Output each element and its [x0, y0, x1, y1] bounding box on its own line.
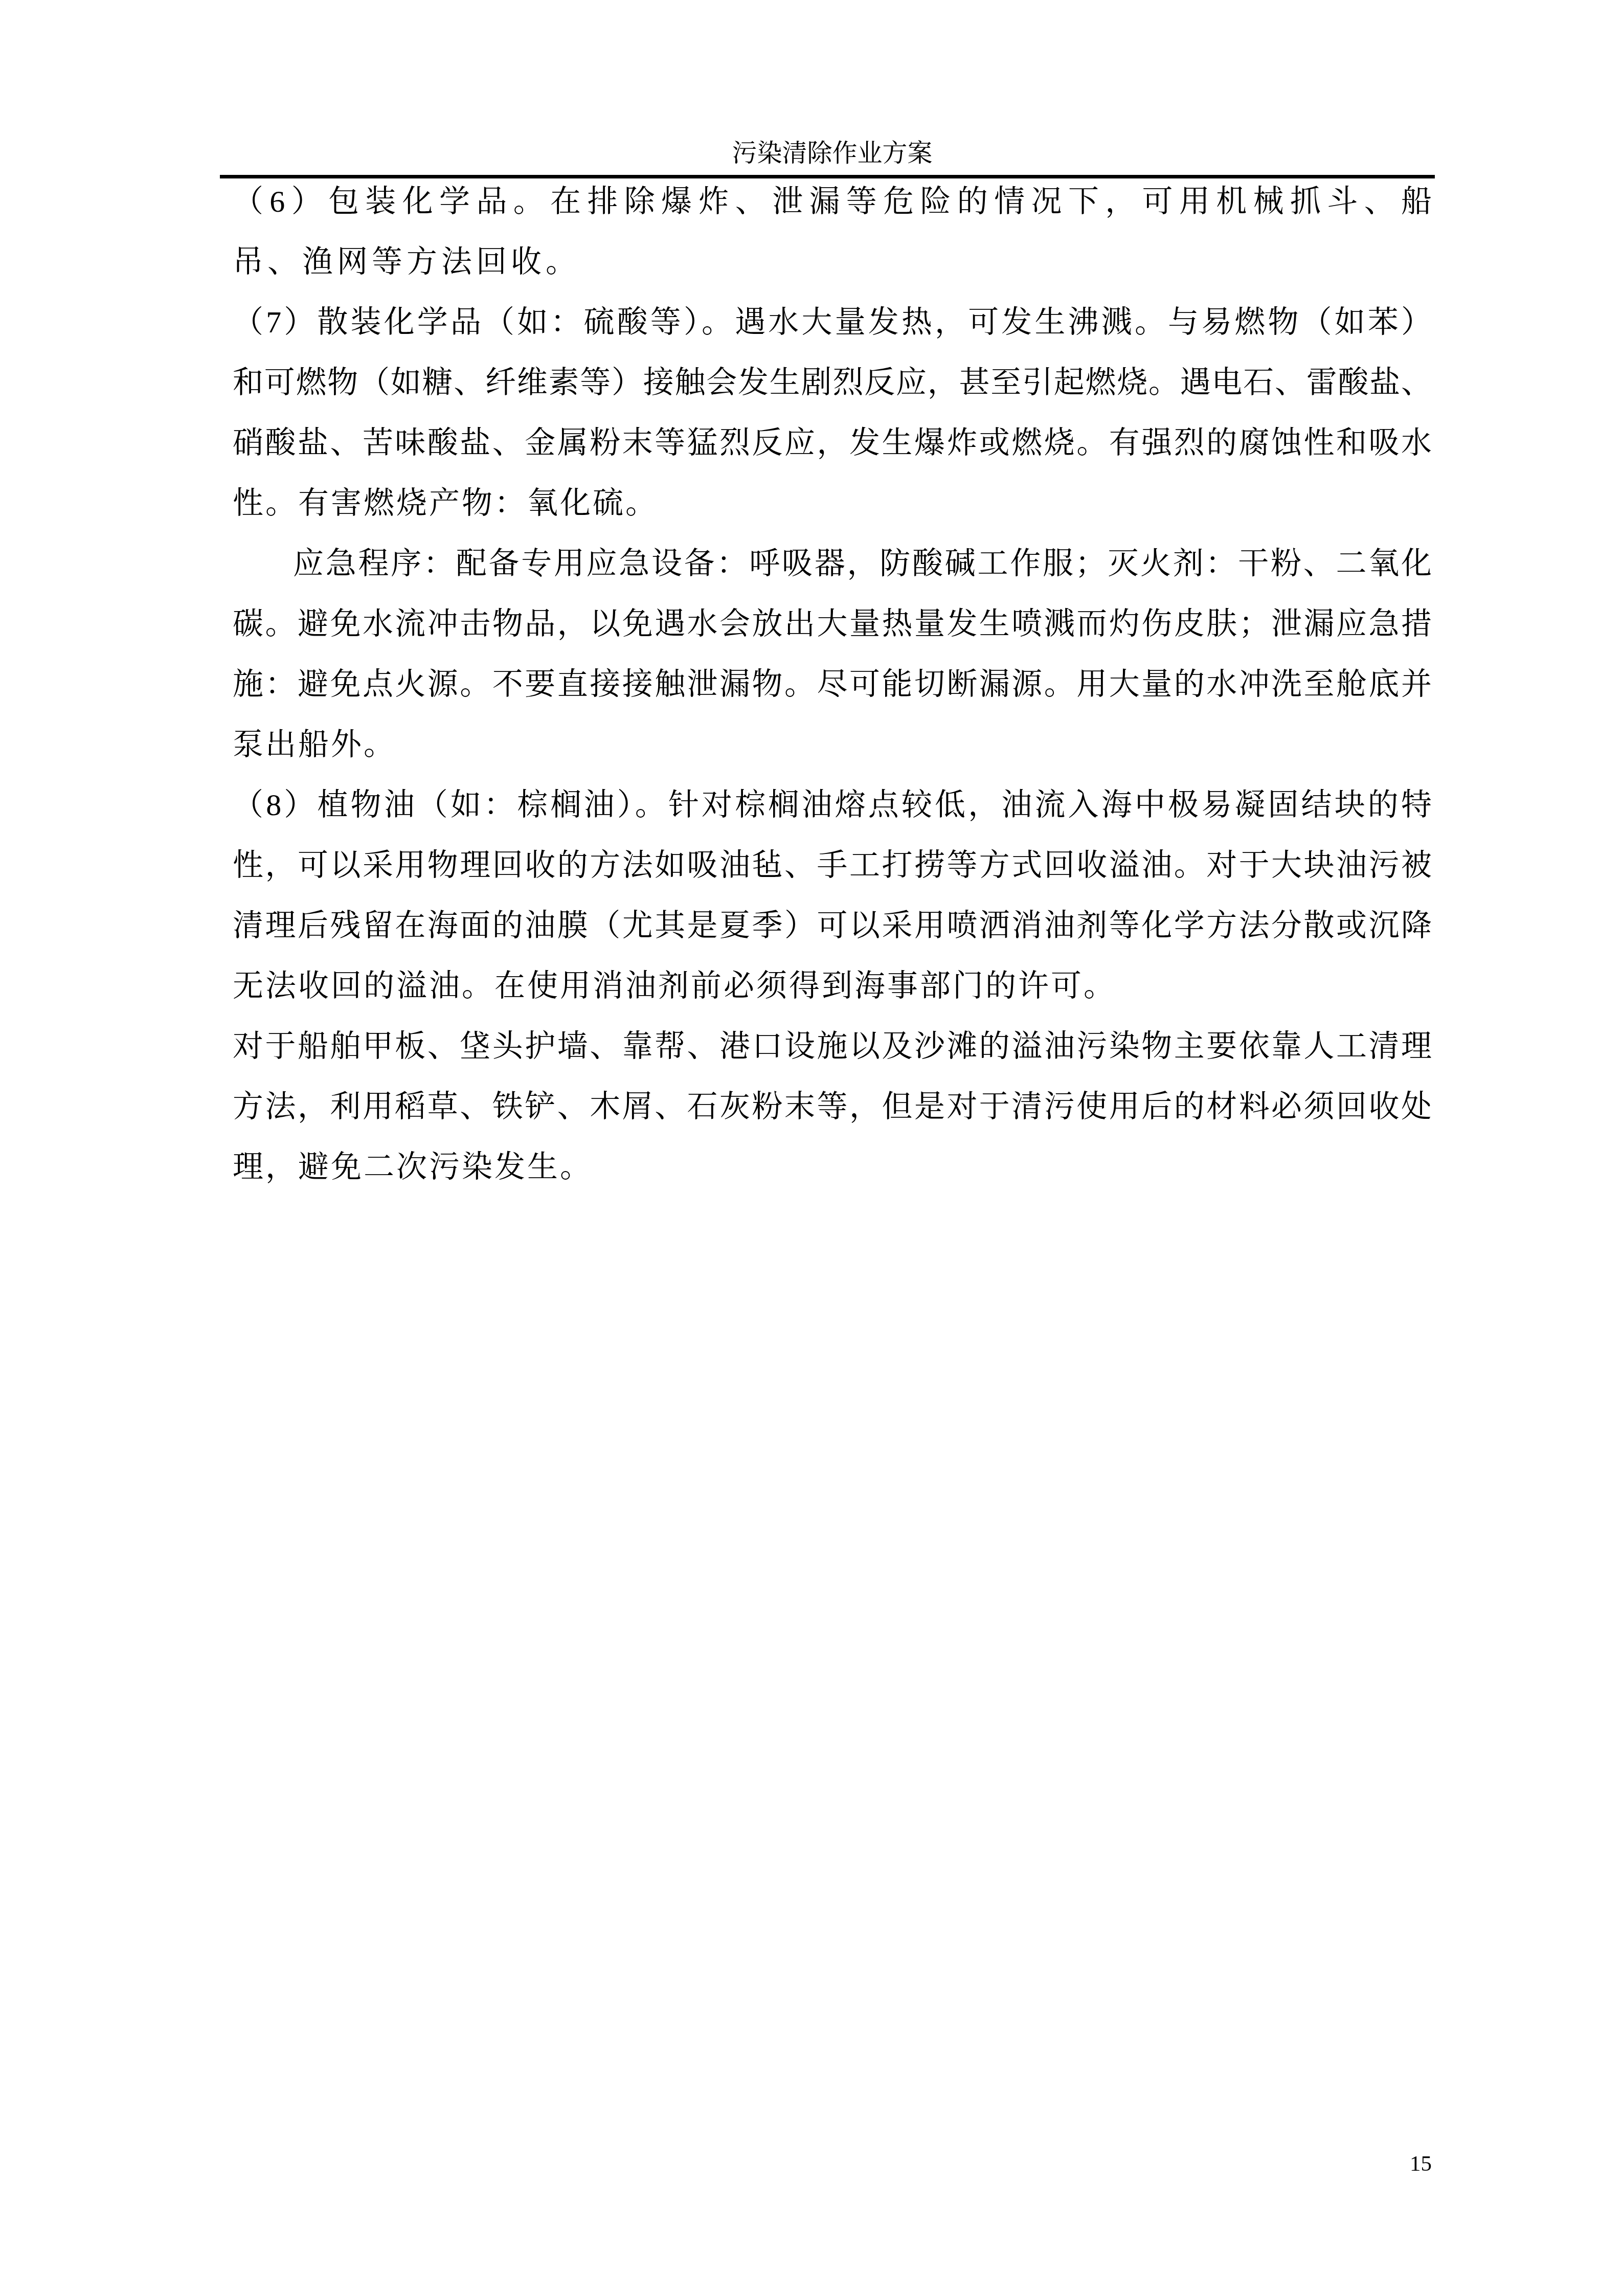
text-line: 对于船舶甲板、垡头护墙、靠帮、港口设施以及沙滩的溢油污染物主要依靠人工清理 — [233, 1016, 1432, 1076]
text-line: 方法，利用稻草、铁铲、木屑、石灰粉末等，但是对于清污使用后的材料必须回收处 — [233, 1076, 1432, 1137]
text-line: （8）植物油（如：棕榈油）。针对棕榈油熔点较低，油流入海中极易凝固结块的特 — [233, 775, 1432, 835]
text-line: 应急程序：配备专用应急设备：呼吸器，防酸碱工作服；灭火剂：干粉、二氧化 — [233, 533, 1432, 594]
text-line: 性。有害燃烧产物：氧化硫。 — [233, 473, 1432, 533]
text-line: 无法收回的溢油。在使用消油剂前必须得到海事部门的许可。 — [233, 956, 1432, 1016]
text-line: （6）包装化学品。在排除爆炸、泄漏等危险的情况下，可用机械抓斗、船 — [233, 171, 1432, 232]
document-body: （6）包装化学品。在排除爆炸、泄漏等危险的情况下，可用机械抓斗、船 吊、渔网等方… — [233, 171, 1432, 1197]
page-header-title: 污染清除作业方案 — [233, 139, 1432, 168]
text-line: （7）散装化学品（如：硫酸等）。遇水大量发热，可发生沸溅。与易燃物（如苯） — [233, 292, 1432, 352]
text-line: 吊、渔网等方法回收。 — [233, 232, 1432, 292]
document-page: 污染清除作业方案 （6）包装化学品。在排除爆炸、泄漏等危险的情况下，可用机械抓斗… — [0, 0, 1623, 2296]
text-line: 清理后残留在海面的油膜（尤其是夏季）可以采用喷洒消油剂等化学方法分散或沉降 — [233, 895, 1432, 956]
text-line: 碳。避免水流冲击物品，以免遇水会放出大量热量发生喷溅而灼伤皮肤；泄漏应急措 — [233, 594, 1432, 654]
page-number: 15 — [233, 2152, 1432, 2176]
text-line: 施：避免点火源。不要直接接触泄漏物。尽可能切断漏源。用大量的水冲洗至舱底并 — [233, 654, 1432, 714]
text-line: 性，可以采用物理回收的方法如吸油毡、手工打捞等方式回收溢油。对于大块油污被 — [233, 835, 1432, 895]
text-line: 和可燃物（如糖、纤维素等）接触会发生剧烈反应，甚至引起燃烧。遇电石、雷酸盐、 — [233, 352, 1432, 413]
text-line: 硝酸盐、苦味酸盐、金属粉末等猛烈反应，发生爆炸或燃烧。有强烈的腐蚀性和吸水 — [233, 413, 1432, 473]
text-line: 泵出船外。 — [233, 714, 1432, 775]
text-line: 理，避免二次污染发生。 — [233, 1137, 1432, 1197]
